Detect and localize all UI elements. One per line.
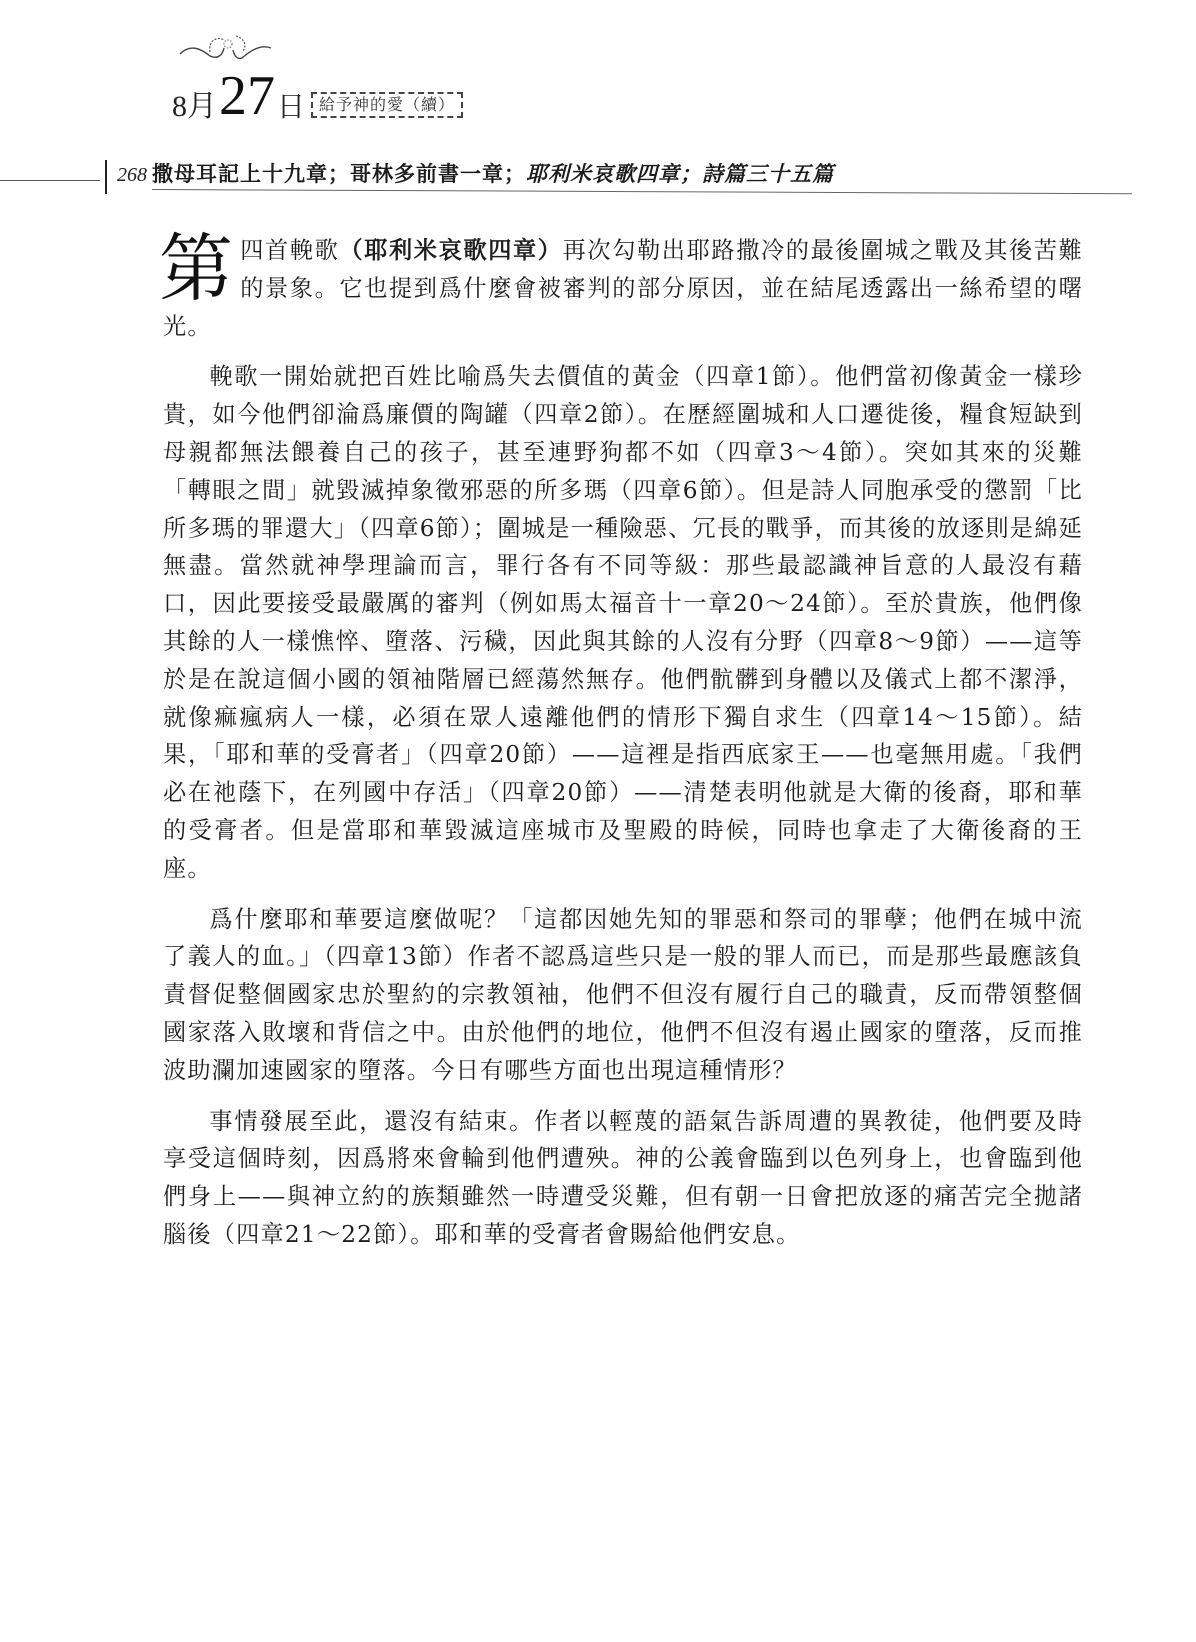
paragraph-4: 事情發展至此，還沒有結束。作者以輕蔑的語氣告訴周遭的異教徒，他們要及時享受這個時… xyxy=(163,1103,1083,1254)
paragraph-1: 第四首輓歌（耶利米哀歌四章）再次勾勒出耶路撒冷的最後圍城之戰及其後苦難的景象。它… xyxy=(163,232,1083,345)
date-heading: 8月 27 日 給予神的愛（續） xyxy=(172,70,463,122)
p1-lead: 四首輓歌 xyxy=(240,237,339,264)
scripture-readings: 撒母耳記上十九章；哥林多前書一章；耶利米哀歌四章；詩篇三十五篇 xyxy=(152,158,834,188)
readings-part2: 耶利米哀歌四章；詩篇三十五篇 xyxy=(526,162,834,186)
series-tag: 給予神的愛（續） xyxy=(311,92,463,118)
paragraph-3: 爲什麼耶和華要這麼做呢？「這都因她先知的罪惡和祭司的罪孽；他們在城中流了義人的血… xyxy=(163,901,1083,1090)
date-day-suffix: 日 xyxy=(277,92,305,122)
p1-bold-reference: （耶利米哀歌四章） xyxy=(339,237,562,264)
page-number: 268 xyxy=(117,164,147,187)
paragraph-2: 輓歌一開始就把百姓比喻爲失去價值的黃金（四章1節）。他們當初像黃金一樣珍貴，如今… xyxy=(163,358,1083,887)
header-rule-right xyxy=(152,189,1132,194)
header-divider-bar xyxy=(105,160,107,194)
flourish-ornament-icon xyxy=(178,30,273,62)
date-day: 27 xyxy=(219,70,275,122)
drop-cap: 第 xyxy=(159,234,234,304)
article-body: 第四首輓歌（耶利米哀歌四章）再次勾勒出耶路撒冷的最後圍城之戰及其後苦難的景象。它… xyxy=(163,232,1083,1267)
readings-part1: 撒母耳記上十九章；哥林多前書一章； xyxy=(152,162,526,186)
date-month: 8月 xyxy=(172,92,217,122)
header-rule-left xyxy=(0,180,100,181)
